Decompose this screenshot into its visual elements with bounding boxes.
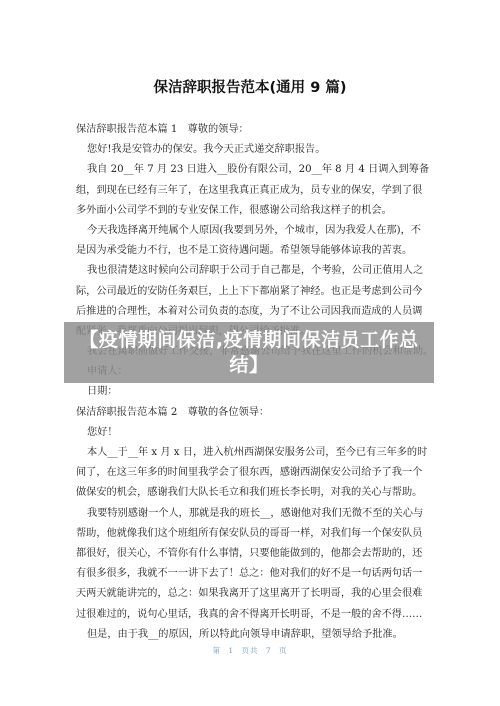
document-page: 保洁辞职报告范本(通用 9 篇) 保洁辞职报告范本篇 1 尊敬的领导： 您好!我… <box>0 0 500 706</box>
body-line: 组，到现在已经有三年了，在这里我真正真正成为，员专业的保安，学到了很 <box>76 181 426 201</box>
body-line: 我自 20__年 7 月 23 日进入__股份有限公司，20__年 8 月 4 … <box>76 160 426 180</box>
body-line: 多外面小公司学不到的专业安保工作，很感谢公司给我这样子的机会。 <box>76 201 426 221</box>
body-line: 您好!我是安管办的保安。我今天正式递交辞职报告。 <box>76 140 426 160</box>
overlay-headline: 【疫情期间保洁,疫情期间保洁员工作总结】 <box>79 328 419 378</box>
body-line: 过很难过的，说句心里话，我真的舍不得离开长明哥，不是一般的舍不得…… <box>76 605 426 625</box>
signature-date: 日期： <box>76 382 426 402</box>
body-line: 是因为承受能力不行，也不是工资待遇问题。希望领导能够体谅我的苦衷。 <box>76 241 426 261</box>
body-line: 间了，在这三年多的时间里我学会了很东西，感谢西湖保安公司给予了我一个 <box>76 463 426 483</box>
body-line: 帮助，他就像我们这个班组所有保安队员的哥哥一样，对我们每一个保安队员 <box>76 524 426 544</box>
section-heading: 保洁辞职报告范本篇 2 尊敬的各位领导： <box>76 403 426 423</box>
headline-overlay-banner: 【疫情期间保洁,疫情期间保洁员工作总结】 <box>64 322 434 383</box>
body-line: 但是，由于我__的原因，所以特此向领导申请辞职，望领导给予批准。 <box>76 625 426 645</box>
body-line: 您好！ <box>76 423 426 443</box>
document-title: 保洁辞职报告范本(通用 9 篇) <box>0 76 500 97</box>
body-line: 有很多很多，我就不一一讲下去了！总之：他对我们的好不是一句话两句话一 <box>76 564 426 584</box>
body-line: 今天我选择离开纯属个人原因(我要到另外，个城市，因为我爱人在那)，不 <box>76 221 426 241</box>
body-line: 我也很清楚这时候向公司辞职于公司于自己都是，个考验，公司正值用人之 <box>76 261 426 281</box>
body-line: 际，公司最近的安防任务艰巨，上上下下都崩紧了神经。也正是考虑到公司今 <box>76 282 426 302</box>
body-line: 本人__于__年 x 月 x 日，进入杭州西湖保安服务公司，至今已有三年多的时 <box>76 443 426 463</box>
body-line: 后推进的合理性，本着对公司负责的态度，为了不让公司因我而造成的人员调 <box>76 302 426 322</box>
body-line: 做保安的机会，感谢我们大队长毛立和我们班长李长明，对我的关心与帮助。 <box>76 483 426 503</box>
body-line: 保洁辞职报告范本篇 1 尊敬的领导： <box>76 120 426 140</box>
body-line: 我要特别感谢一个人，那就是我的班长__，感谢他对我们无微不至的关心与 <box>76 504 426 524</box>
body-line: 都很好，很关心，不管你有什么事情，只要他能做到的，他都会去帮助的，还 <box>76 544 426 564</box>
body-line: 天两天就能讲完的，总之：如果我离开了这里离开了长明哥，我的心里会很难 <box>76 584 426 604</box>
page-number-footer: 第 1 页共 7 页 <box>0 645 500 656</box>
